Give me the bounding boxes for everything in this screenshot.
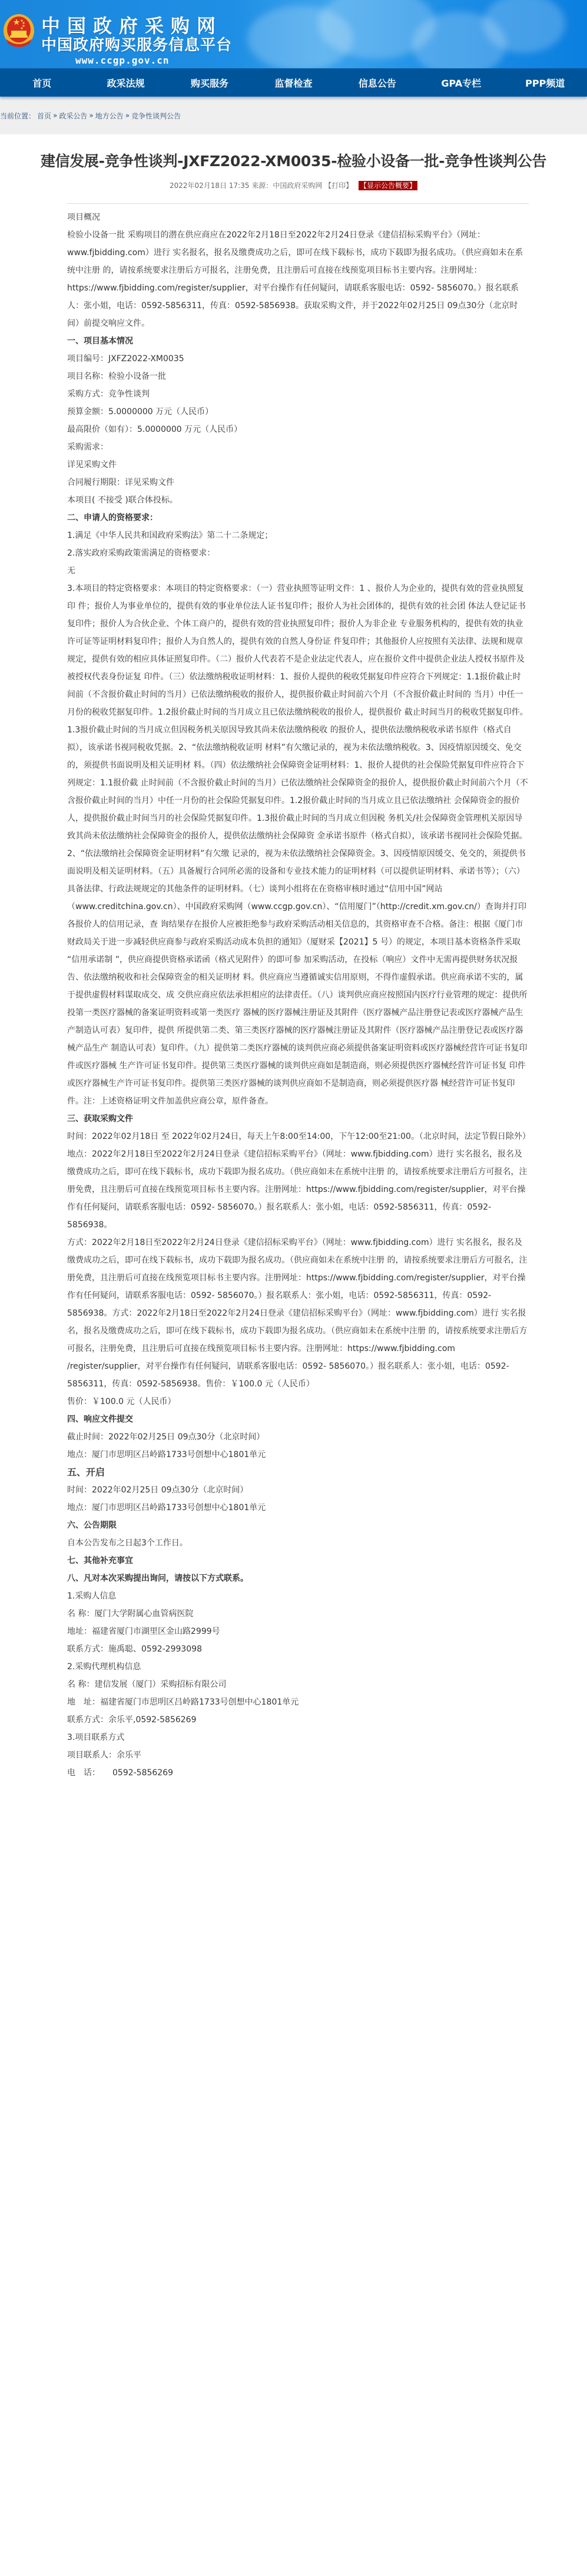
breadcrumb: 当前位置： 首页 » 政采公告 » 地方公告 » 竞争性谈判公告 <box>0 97 587 134</box>
document-price: 售价：￥100.0 元（人民币） <box>67 1393 529 1411</box>
agency-info-heading: 2.采购代理机构信息 <box>67 1658 529 1676</box>
site-name-secondary: 中国政府购买服务信息平台 <box>41 37 232 54</box>
section-1-heading: 一、项目基本情况 <box>67 332 529 350</box>
breadcrumb-separator: » <box>89 111 93 120</box>
project-contact-person: 项目联系人：余乐平 <box>67 1746 529 1764</box>
contract-term: 合同履行期限：详见采购文件 <box>67 474 529 491</box>
article-body: 项目概况 检验小设备一批 采购项目的潜在供应商应在2022年2月18日至2022… <box>67 209 529 1782</box>
purchaser-name: 名 称：厦门大学附属心血管病医院 <box>67 1605 529 1623</box>
site-name-primary: 中国政府采购网 <box>41 15 232 37</box>
purchaser-info-heading: 1.采购人信息 <box>67 1587 529 1605</box>
purchaser-contact: 联系方式：施禹聪、0592-2993098 <box>67 1640 529 1658</box>
project-contact-heading: 3.项目联系方式 <box>67 1729 529 1746</box>
purchaser-address: 地址：福建省厦门市湖里区金山路2999号 <box>67 1623 529 1640</box>
breadcrumb-prefix: 当前位置： <box>0 111 35 121</box>
title-divider <box>67 203 529 204</box>
consortium-policy: 本项目( 不接受 )联合体投标。 <box>67 491 529 509</box>
print-link[interactable]: 【打印】 <box>324 181 353 190</box>
show-summary-button[interactable]: 【显示公告概要】 <box>359 181 417 190</box>
nav-item-ppp[interactable]: PPP频道 <box>503 76 587 90</box>
procurement-demand-label: 采购需求： <box>67 438 529 456</box>
article-meta: 2022年02月18日 17:35 来源：中国政府采购网 【打印】 【显示公告概… <box>0 180 587 190</box>
agency-name: 名 称：建信发展（厦门）采购招标有限公司 <box>67 1676 529 1693</box>
project-number: 项目编号：JXFZ2022-XM0035 <box>67 350 529 368</box>
breadcrumb-home[interactable]: 首页 <box>37 111 51 121</box>
site-banner: 中国政府采购网 中国政府购买服务信息平台 www.ccgp.gov.cn <box>0 0 587 68</box>
main-nav: 首页 政采法规 购买服务 监督检查 信息公告 GPA专栏 PPP频道 <box>0 68 587 97</box>
opening-time: 时间：2022年02月25日 09点30分（北京时间） <box>67 1481 529 1499</box>
national-emblem-icon <box>2 13 35 48</box>
budget-amount: 预算金额：5.0000000 万元（人民币） <box>67 403 529 421</box>
section-7-heading: 七、其他补充事宜 <box>67 1552 529 1570</box>
agency-contact: 联系方式：余乐平,0592-5856269 <box>67 1711 529 1729</box>
opening-place: 地点：厦门市思明区吕岭路1733号创想中心1801单元 <box>67 1499 529 1517</box>
procurement-demand: 详见采购文件 <box>67 456 529 474</box>
notice-period: 自本公告发布之日起3个工作日。 <box>67 1534 529 1552</box>
nav-item-home[interactable]: 首页 <box>0 76 84 90</box>
publish-date: 2022年02月18日 17:35 <box>170 181 249 190</box>
requirement-2-value: 无 <box>67 562 529 580</box>
section-5-heading: 五、开启 <box>67 1464 529 1481</box>
article: 建信发展-竞争性谈判-JXFZ2022-XM0035-检验小设备一批-竞争性谈判… <box>0 134 587 1805</box>
site-url: www.ccgp.gov.cn <box>75 54 232 67</box>
submission-place: 地点：厦门市思明区吕岭路1733号创想中心1801单元 <box>67 1446 529 1464</box>
submission-deadline: 截止时间：2022年02月25日 09点30分（北京时间） <box>67 1428 529 1446</box>
source-name: 中国政府采购网 <box>273 181 322 190</box>
breadcrumb-separator: » <box>53 111 57 120</box>
nav-item-announcements[interactable]: 信息公告 <box>336 76 419 90</box>
project-phone: 电 话： 0592-5856269 <box>67 1764 529 1782</box>
agency-address: 地 址：福建省厦门市思明区吕岭路1733号创想中心1801单元 <box>67 1693 529 1711</box>
nav-item-supervision[interactable]: 监督检查 <box>251 76 335 90</box>
section-2-heading: 二、申请人的资格要求： <box>67 509 529 527</box>
source-label: 来源： <box>251 181 273 190</box>
requirement-2: 2.落实政府采购政策需满足的资格要求： <box>67 544 529 562</box>
section-6-heading: 六、公告期限 <box>67 1517 529 1534</box>
section-3-heading: 三、获取采购文件 <box>67 1110 529 1128</box>
max-price: 最高限价（如有）：5.0000000 万元（人民币） <box>67 421 529 438</box>
breadcrumb-separator: » <box>125 111 130 120</box>
site-logo[interactable]: 中国政府采购网 中国政府购买服务信息平台 www.ccgp.gov.cn <box>41 15 232 67</box>
section-8-heading: 八、凡对本次采购提出询问，请按以下方式联系。 <box>67 1570 529 1587</box>
page-title: 建信发展-竞争性谈判-JXFZ2022-XM0035-检验小设备一批-竞争性谈判… <box>0 134 587 173</box>
project-name: 项目名称：检验小设备一批 <box>67 368 529 385</box>
breadcrumb-procurement-notices[interactable]: 政采公告 <box>59 111 87 121</box>
overview-text: 检验小设备一批 采购项目的潜在供应商应在2022年2月18日至2022年2月24… <box>67 226 529 332</box>
acquisition-time: 时间：2022年02月18日 至 2022年02月24日，每天上午8:00至14… <box>67 1128 529 1145</box>
nav-item-purchase-services[interactable]: 购买服务 <box>168 76 251 90</box>
nav-item-regulations[interactable]: 政采法规 <box>84 76 167 90</box>
breadcrumb-local-notices[interactable]: 地方公告 <box>95 111 124 121</box>
procurement-method: 采购方式：竞争性谈判 <box>67 385 529 403</box>
section-4-heading: 四、响应文件提交 <box>67 1411 529 1428</box>
requirement-3: 3.本项目的特定资格要求：本项目的特定资格要求：（一）营业执照等证明文件：1 、… <box>67 580 529 1110</box>
nav-item-gpa[interactable]: GPA专栏 <box>419 76 503 90</box>
acquisition-method: 方式：2022年2月18日至2022年2月24日登录《建信招标采购平台》（网址：… <box>67 1234 529 1393</box>
overview-heading: 项目概况 <box>67 209 529 226</box>
acquisition-place: 地点：2022年2月18日至2022年2月24日登录《建信招标采购平台》（网址：… <box>67 1145 529 1234</box>
requirement-1: 1.满足《中华人民共和国政府采购法》第二十二条规定； <box>67 527 529 544</box>
breadcrumb-negotiation-notices[interactable]: 竞争性谈判公告 <box>131 111 181 121</box>
